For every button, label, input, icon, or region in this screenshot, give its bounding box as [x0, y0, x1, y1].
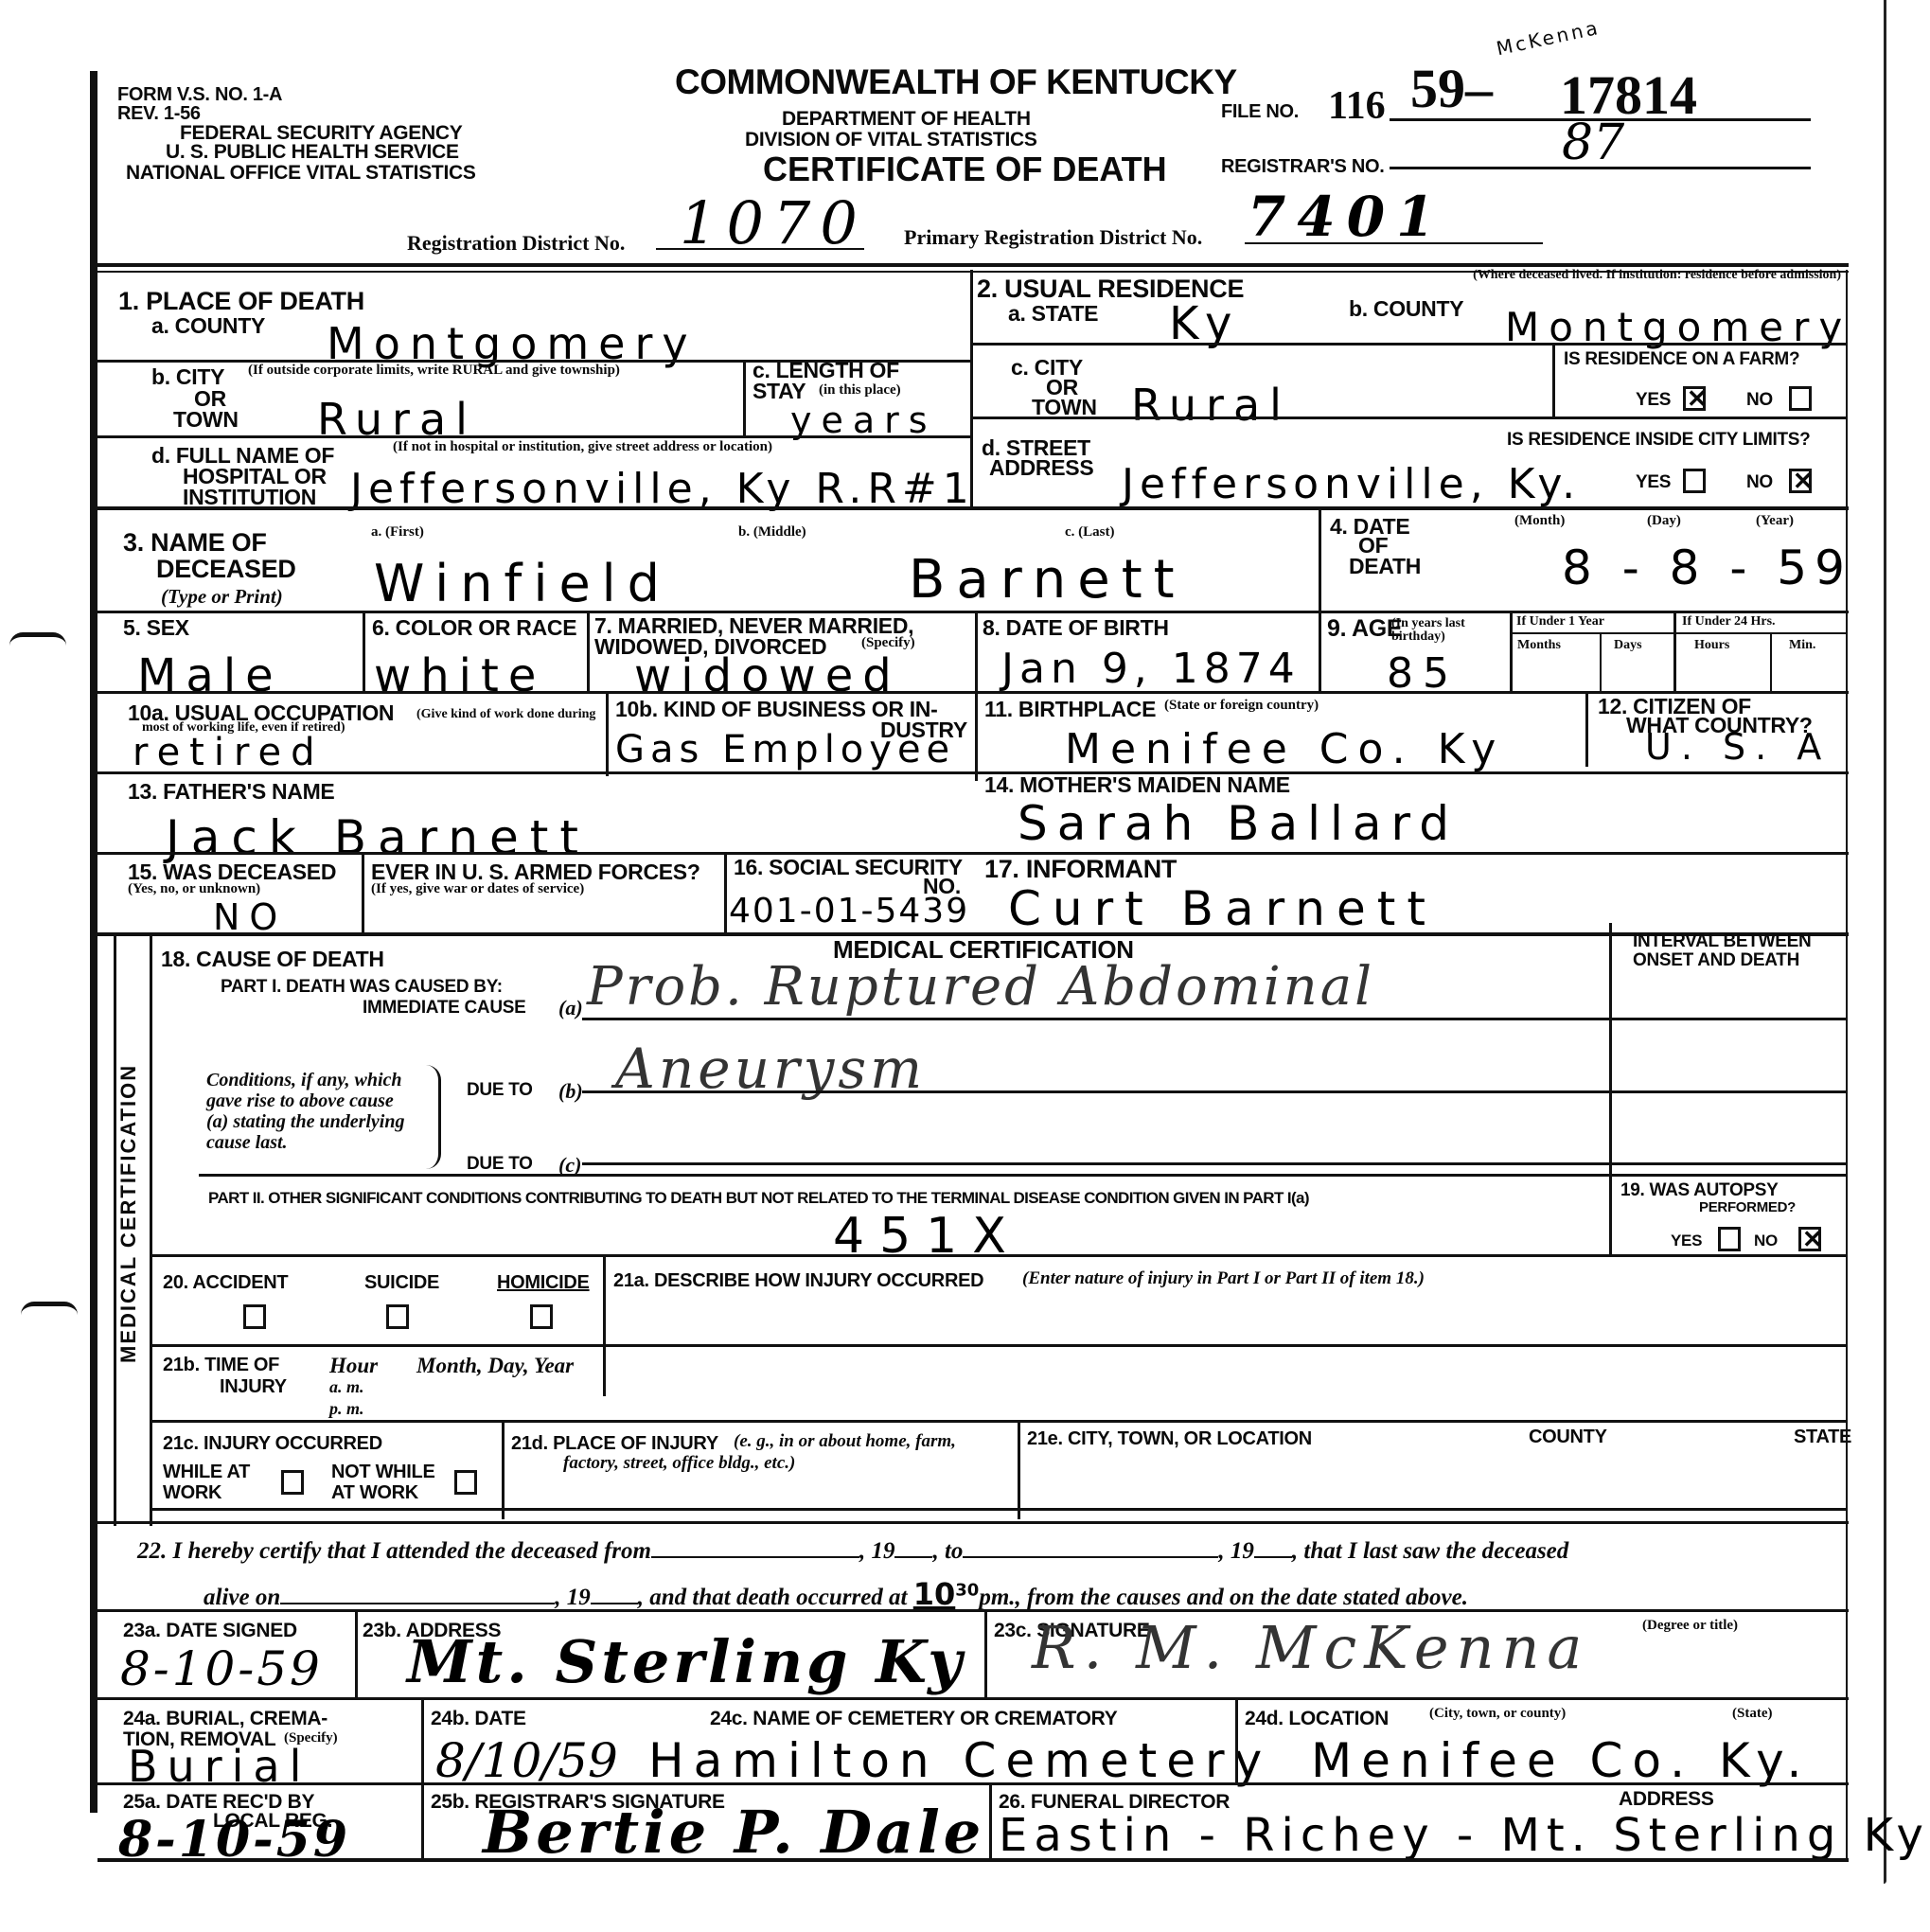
punch-mark-2	[21, 1302, 78, 1315]
first-name-value: Winfield	[374, 558, 671, 610]
injury-city-label: 21e. CITY, TOWN, OR LOCATION	[1027, 1429, 1312, 1448]
sex-label: 5. SEX	[123, 617, 189, 639]
primary-reg-district-label: Primary Registration District No.	[904, 225, 1202, 250]
last-name-label: c. (Last)	[1065, 525, 1115, 540]
divider	[743, 360, 746, 435]
suicide-checkbox[interactable]	[386, 1304, 409, 1329]
rule	[97, 1858, 1849, 1862]
city-limits-no-label: NO	[1746, 473, 1773, 491]
cert-text-3: , to	[932, 1538, 963, 1564]
armed-forces-note-2: (If yes, give war or dates of service)	[371, 882, 584, 896]
informant-value: Curt Barnett	[1008, 885, 1437, 932]
months-label: Months	[1517, 639, 1561, 652]
cert-text-2: , 19	[859, 1538, 895, 1564]
divider	[1510, 611, 1513, 691]
pod-city-note: (If outside corporate limits, write RURA…	[248, 363, 721, 378]
divider	[724, 852, 727, 932]
reg-district-label: Registration District No.	[407, 231, 625, 256]
rule	[150, 1344, 1846, 1347]
document-page: FORM V.S. NO. 1-A REV. 1-56 FEDERAL SECU…	[0, 0, 1930, 1932]
pod-city-label-town: TOWN	[173, 409, 239, 431]
death-time-minutes: 30	[955, 1581, 979, 1601]
place-of-injury-note: (e. g., in or about home, farm, factory,…	[563, 1431, 1008, 1475]
physician-signature: R. M. McKenna	[1032, 1619, 1589, 1677]
death-time-suffix: pm.	[979, 1585, 1015, 1610]
dod-day-label: (Day)	[1647, 514, 1681, 528]
death-time-value: 10	[913, 1576, 956, 1612]
rule	[199, 1174, 1846, 1177]
cert-text-5: , that I last saw the deceased	[1292, 1538, 1568, 1564]
certificate-title: CERTIFICATE OF DEATH	[763, 150, 1167, 189]
autopsy-no-label: NO	[1754, 1232, 1778, 1249]
informant-label: 17. INFORMANT	[984, 857, 1177, 882]
divider	[1235, 1697, 1238, 1782]
agency-line-2: U. S. PUBLIC HEALTH SERVICE	[166, 142, 459, 162]
mother-value: Sarah Ballard	[1018, 800, 1459, 847]
cause-of-death-label: 18. CAUSE OF DEATH	[161, 948, 384, 970]
interval-label: INTERVAL BETWEEN	[1633, 932, 1811, 950]
paper-edge	[1884, 0, 1886, 1884]
city-limits-yes-checkbox[interactable]	[1683, 469, 1706, 493]
due-to-c-label: DUE TO	[467, 1155, 533, 1173]
rule	[97, 435, 970, 438]
divider	[1585, 691, 1588, 767]
certification-statement-line1: 22. I hereby certify that I attended the…	[137, 1538, 1568, 1565]
mother-label: 14. MOTHER'S MAIDEN NAME	[984, 774, 1290, 796]
res-state-label: a. STATE	[1008, 303, 1098, 325]
date-signed-label: 23a. DATE SIGNED	[123, 1621, 297, 1640]
divider	[362, 852, 364, 932]
first-name-label: a. (First)	[371, 525, 424, 540]
part1-label: PART I. DEATH WAS CAUSED BY:	[221, 978, 503, 996]
divider	[363, 611, 365, 691]
dod-year-label: (Year)	[1756, 514, 1794, 528]
pod-county-label: a. COUNTY	[151, 315, 265, 337]
primary-reg-district-value: 7401	[1248, 189, 1445, 244]
registrar-signature: Bertie P. Dale	[483, 1803, 984, 1862]
not-while-at-work-checkbox[interactable]	[454, 1470, 477, 1495]
father-label: 13. FATHER'S NAME	[128, 781, 334, 803]
occupation-value: retired	[133, 734, 325, 771]
res-street-label-2: ADDRESS	[989, 457, 1093, 479]
marital-note: (Specify)	[861, 636, 915, 650]
rule	[97, 852, 1849, 855]
department-name: DEPARTMENT OF HEALTH	[782, 109, 1031, 129]
cause-b-value: Aneurysm	[615, 1041, 926, 1096]
divider	[502, 1420, 505, 1519]
autopsy-yes-label: YES	[1671, 1232, 1702, 1249]
divider	[1600, 632, 1602, 691]
location-note: (City, town, or county)	[1429, 1707, 1566, 1721]
degree-label: (Degree or title)	[1642, 1619, 1738, 1633]
while-at-work-label-2: WORK	[163, 1483, 221, 1502]
birthplace-note: (State or foreign country)	[1164, 699, 1319, 713]
interval-label-2: ONSET AND DEATH	[1633, 951, 1799, 969]
divider	[975, 611, 978, 781]
res-state-value: Ky	[1169, 301, 1241, 346]
form-number: FORM V.S. NO. 1-A	[117, 85, 282, 104]
armed-forces-label-2: EVER IN U. S. ARMED FORCES?	[371, 861, 700, 883]
time-of-injury-label: 21b. TIME OF	[163, 1356, 279, 1374]
file-no-label: FILE NO.	[1221, 102, 1299, 121]
while-at-work-label: WHILE AT	[163, 1462, 250, 1481]
location-label: 24d. LOCATION	[1245, 1709, 1389, 1728]
autopsy-label: 19. WAS AUTOPSY	[1620, 1181, 1779, 1199]
form-revision: REV. 1-56	[117, 104, 201, 123]
hour-label: Hour	[329, 1354, 378, 1378]
divider	[421, 1697, 424, 1782]
res-street-value: Jeffersonville, Ky.	[1122, 464, 1581, 505]
age-value: 85	[1387, 653, 1459, 695]
file-no-annotation: McKenna	[1495, 16, 1602, 61]
armed-forces-note: (Yes, no, or unknown)	[128, 882, 260, 896]
rule	[97, 611, 1849, 613]
rule	[97, 1697, 1849, 1700]
under-1-year-label: If Under 1 Year	[1516, 615, 1604, 629]
farm-yes-checkbox[interactable]	[1683, 386, 1706, 411]
rule	[97, 1521, 1849, 1524]
res-county-label: b. COUNTY	[1349, 298, 1463, 320]
conditions-note: Conditions, if any, which gave rise to a…	[206, 1070, 410, 1153]
state-note: (State)	[1732, 1707, 1772, 1721]
divider	[421, 1782, 424, 1858]
cemetery-label: 24c. NAME OF CEMETERY OR CREMATORY	[710, 1709, 1117, 1728]
divider	[1673, 611, 1676, 691]
month-day-year-label: Month, Day, Year	[416, 1354, 574, 1378]
pod-hospital-label-3: INSTITUTION	[183, 487, 316, 508]
res-city-label-town: TOWN	[1032, 397, 1097, 418]
disposition-date-value: 8/10/59	[435, 1737, 618, 1784]
rule	[582, 1162, 1846, 1165]
divider	[1609, 923, 1612, 1193]
agency-line-3: NATIONAL OFFICE VITAL STATISTICS	[126, 163, 476, 183]
under-24-hours-label: If Under 24 Hrs.	[1682, 615, 1776, 629]
time-of-injury-label-2: INJURY	[220, 1377, 287, 1396]
birthplace-value: Menifee Co. Ky	[1065, 729, 1505, 771]
autopsy-label-2: PERFORMED?	[1699, 1200, 1796, 1214]
divider	[606, 691, 609, 776]
rule	[150, 1420, 1846, 1423]
cert-text-7: , 19	[555, 1585, 591, 1610]
cert-text-4: , 19	[1218, 1538, 1254, 1564]
funeral-director-value: Eastin - Richey - Mt. Sterling Ky	[999, 1813, 1930, 1858]
cert-text-1: 22. I hereby certify that I attended the…	[137, 1538, 651, 1564]
reg-district-value: 1070	[680, 194, 867, 253]
autopsy-yes-checkbox[interactable]	[1718, 1227, 1741, 1251]
injury-county-label: COUNTY	[1529, 1427, 1607, 1446]
cert-text-6: alive on	[204, 1585, 280, 1610]
disposition-date-label: 24b. DATE	[431, 1709, 526, 1728]
rule	[150, 1254, 1846, 1257]
divider	[1319, 506, 1321, 611]
business-value: Gas Employee	[615, 731, 955, 769]
birthplace-label: 11. BIRTHPLACE	[984, 699, 1156, 720]
cert-text-9: , from the causes and on the date stated…	[1016, 1585, 1468, 1610]
cause-line-a: (a)	[558, 996, 583, 1020]
pod-hospital-value: Jeffersonville, Ky R.R#1	[350, 469, 975, 510]
hours-label: Hours	[1694, 639, 1729, 652]
homicide-checkbox[interactable]	[530, 1304, 553, 1329]
injury-state-label: STATE	[1794, 1427, 1851, 1446]
punch-mark-1	[9, 632, 66, 646]
registrars-no-value: 87	[1562, 118, 1624, 168]
conditions-bracket	[426, 1065, 441, 1169]
dod-month-label: (Month)	[1514, 514, 1565, 528]
name-label-3: (Type or Print)	[161, 585, 283, 609]
location-value: Menifee Co. Ky.	[1311, 1737, 1811, 1784]
cause-a-value: Prob. Ruptured Abdominal	[587, 961, 1374, 1014]
address-value: Mt. Sterling Ky	[407, 1633, 965, 1692]
injury-description-label: 21a. DESCRIBE HOW INJURY OCCURRED	[613, 1271, 983, 1290]
min-label: Min.	[1789, 639, 1815, 652]
name-label: 3. NAME OF	[123, 530, 267, 556]
residence-note: (Where deceased lived. If institution: r…	[1349, 269, 1841, 282]
pod-hospital-note: (If not in hospital or institution, give…	[393, 440, 961, 454]
dob-label: 8. DATE OF BIRTH	[983, 617, 1169, 639]
certification-statement-line2: alive on, 19, and that death occurred at…	[204, 1576, 1468, 1612]
divider	[603, 1254, 606, 1396]
dob-value: Jan 9, 1874	[1001, 648, 1301, 690]
division-name: DIVISION OF VITAL STATISTICS	[745, 130, 1037, 150]
pm-label: p. m.	[329, 1399, 364, 1419]
due-to-b-label: DUE TO	[467, 1081, 533, 1099]
state-title: COMMONWEALTH OF KENTUCKY	[675, 62, 1237, 102]
medical-certification-side-label: MEDICAL CERTIFICATION	[118, 1064, 139, 1363]
pod-city-label: b. CITY	[151, 366, 224, 388]
divider	[1552, 343, 1555, 417]
not-while-at-work-label-2: AT WORK	[331, 1483, 418, 1502]
armed-forces-label: 15. WAS DECEASED	[128, 861, 336, 883]
divider	[1770, 632, 1772, 691]
divider	[355, 1609, 358, 1699]
right-border	[1846, 270, 1848, 1860]
res-city-value: Rural	[1131, 383, 1291, 427]
cemetery-value: Hamilton Cemetery	[648, 1737, 1271, 1784]
rule	[150, 1508, 1846, 1511]
header-rule	[97, 263, 1849, 267]
city-limits-no-checkbox[interactable]	[1789, 469, 1812, 493]
dod-value: 8 - 8 - 59	[1562, 544, 1852, 592]
rule	[97, 1609, 1849, 1612]
injury-occurred-label: 21c. INJURY OCCURRED	[163, 1434, 382, 1453]
pod-stay-note: (in this place)	[819, 383, 901, 398]
citizen-value: U. S. A	[1645, 729, 1831, 765]
res-county-value: Montgomery	[1505, 308, 1851, 347]
homicide-label: HOMICIDE	[497, 1273, 590, 1292]
rule	[582, 1090, 1846, 1093]
rule	[1510, 632, 1846, 634]
immediate-cause-label: IMMEDIATE CAUSE	[363, 999, 525, 1017]
place-of-death-heading: 1. PLACE OF DEATH	[118, 289, 364, 314]
file-no-prefix: 116	[1328, 83, 1386, 129]
farm-question: IS RESIDENCE ON A FARM?	[1564, 350, 1799, 368]
dod-label-3: DEATH	[1349, 556, 1421, 577]
accident-checkbox[interactable]	[243, 1304, 266, 1329]
am-label: a. m.	[329, 1377, 364, 1397]
days-label: Days	[1614, 639, 1642, 652]
autopsy-no-checkbox[interactable]	[1798, 1227, 1821, 1251]
rule	[97, 506, 1849, 510]
cert-text-8: , and that death occurred at	[638, 1585, 908, 1610]
race-label: 6. COLOR OR RACE	[372, 617, 576, 639]
divider	[1018, 1420, 1020, 1519]
accident-label: 20. ACCIDENT	[163, 1273, 288, 1292]
last-name-value: Barnett	[909, 554, 1186, 607]
left-binding-bar	[90, 71, 97, 1813]
rule	[970, 343, 1846, 346]
divider	[984, 1609, 987, 1699]
age-note: (In years last birthday)	[1391, 617, 1496, 644]
divider	[587, 611, 590, 691]
farm-no-checkbox[interactable]	[1789, 386, 1812, 411]
divider	[150, 934, 152, 1526]
registrars-no-label: REGISTRAR'S NO.	[1221, 157, 1385, 176]
while-at-work-checkbox[interactable]	[281, 1470, 304, 1495]
farm-yes-label: YES	[1636, 391, 1671, 409]
not-while-at-work-label: NOT WHILE	[331, 1462, 435, 1481]
suicide-label: SUICIDE	[364, 1273, 439, 1292]
agency-line-1: FEDERAL SECURITY AGENCY	[180, 123, 462, 143]
date-received-label: 25a. DATE REC'D BY	[123, 1792, 314, 1812]
ssn-value: 401-01-5439	[729, 895, 969, 929]
middle-name-label: b. (Middle)	[738, 525, 806, 540]
rule	[97, 771, 1849, 774]
injury-description-note: (Enter nature of injury in Part I or Par…	[1022, 1268, 1425, 1289]
date-signed-value: 8-10-59	[120, 1645, 323, 1693]
burial-label: 24a. BURIAL, CREMA-	[123, 1709, 328, 1728]
part2-label: PART II. OTHER SIGNIFICANT CONDITIONS CO…	[208, 1190, 1309, 1206]
city-limits-question: IS RESIDENCE INSIDE CITY LIMITS?	[1507, 431, 1810, 449]
pod-stay-value: years	[790, 402, 937, 438]
file-no-year: 59–	[1410, 57, 1493, 120]
cause-line-b: (b)	[558, 1079, 583, 1104]
name-label-2: DECEASED	[156, 557, 296, 582]
city-limits-yes-label: YES	[1636, 473, 1671, 491]
rule	[97, 1782, 1849, 1785]
farm-no-label: NO	[1746, 391, 1773, 409]
divider	[1319, 611, 1321, 691]
armed-forces-value: NO	[213, 899, 287, 935]
funeral-address-label: ADDRESS	[1619, 1789, 1714, 1809]
rule	[970, 417, 1846, 419]
divider	[1609, 1174, 1612, 1254]
rule	[582, 1018, 1846, 1020]
divider	[989, 1782, 992, 1858]
